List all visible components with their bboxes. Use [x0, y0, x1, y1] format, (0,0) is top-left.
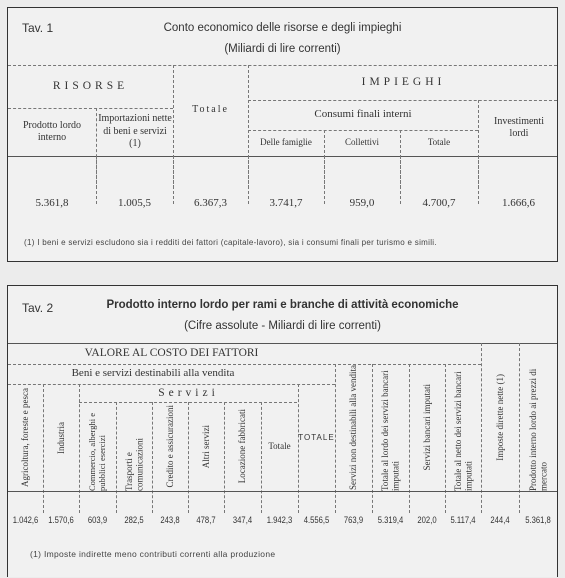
table-2-subtitle: (Cifre assolute - Miliardi di lire corre…	[8, 320, 557, 332]
header-totale-consumi: Totale	[400, 130, 478, 156]
value-cell: 763,9	[338, 514, 369, 528]
header-impieghi: IMPIEGHI	[248, 65, 559, 100]
value-importazioni: 1.005,5	[96, 194, 173, 214]
value-collettivi: 959,0	[324, 194, 400, 214]
value-totale: 6.367,3	[173, 194, 248, 214]
header-prodotto-lordo-interno: Prodotto lordo interno	[12, 108, 92, 156]
header-totale: Totale	[173, 65, 248, 156]
col-locazione-fabbricati: Locazione fabbricati	[224, 402, 261, 491]
header-risorse: RISORSE	[8, 65, 173, 108]
value-cell: 478,7	[191, 514, 222, 528]
value-cell: 5.319,4	[375, 514, 406, 528]
value-totale-consumi: 4.700,7	[400, 194, 478, 214]
col-servizi-non-destinabili: Servizi non destinabili alla vendita	[335, 364, 372, 491]
value-cell: 282,5	[119, 514, 150, 528]
table-2-title: Prodotto interno lordo per rami e branch…	[8, 299, 557, 311]
value-prodotto-lordo-interno: 5.361,8	[8, 194, 96, 214]
value-cell: 1.570,6	[46, 514, 77, 528]
header-investimenti-lordi: Investimenti lordi	[484, 100, 554, 156]
header-servizi: Servizi	[79, 384, 298, 402]
col-industria: Industria	[43, 384, 79, 491]
col-altri-servizi: Altri servizi	[188, 402, 224, 491]
header-consumi-finali-interni: Consumi finali interni	[248, 100, 478, 130]
value-cell: 4.556,5	[301, 514, 332, 528]
table-2-footnote: (1) Imposte indirette meno contributi co…	[30, 549, 275, 559]
value-cell: 243,8	[155, 514, 186, 528]
value-cell: 202,0	[412, 514, 443, 528]
value-investimenti-lordi: 1.666,6	[478, 194, 559, 214]
col-totale-lordo: Totale al lordo dei servizi bancari impu…	[372, 364, 409, 491]
col-servizi-bancari: Servizi bancari imputati	[409, 364, 445, 491]
header-delle-famiglie: Delle famiglie	[248, 130, 324, 156]
header-valore-costo-fattori: VALORE AL COSTO DEI FATTORI	[8, 343, 335, 364]
header-beni-servizi-destinabili: Beni e servizi destinabili alla vendita	[8, 364, 298, 384]
value-cell: 1.942,3	[264, 514, 295, 528]
col-pil-prezzi-mercato: Prodotto interno lordo ai prezzi di merc…	[519, 343, 557, 491]
value-cell: 1.042,6	[11, 514, 41, 528]
col-totale: TOTALE	[298, 384, 335, 491]
col-totale-netto: Totale al netto dei servizi bancari impu…	[445, 364, 481, 491]
table-1-title: Conto economico delle risorse e degli im…	[8, 22, 557, 34]
value-cell: 5.117,4	[448, 514, 479, 528]
table-2-panel: Tav. 2 Prodotto interno lordo per rami e…	[7, 285, 558, 577]
table-1-footnote: (1) I beni e servizi escludono sia i red…	[24, 238, 437, 247]
value-cell: 603,9	[82, 514, 113, 528]
col-credito: Credito e assicurazioni	[152, 402, 188, 491]
value-cell: 347,4	[227, 514, 258, 528]
table-1-panel: Tav. 1 Conto economico delle risorse e d…	[7, 7, 558, 262]
col-commercio: Commercio, alberghi e pubblici esercizi	[79, 402, 116, 491]
col-agricoltura: Agricoltura, foreste e pesca	[8, 384, 43, 491]
col-trasporti: Trasporti e comunicazioni	[116, 402, 152, 491]
table-1-subtitle: (Miliardi di lire correnti)	[8, 43, 557, 55]
value-cell: 5.361,8	[522, 514, 554, 528]
header-collettivi: Collettivi	[324, 130, 400, 156]
header-importazioni: Importazioni nette di beni e servizi (1)	[98, 108, 172, 156]
col-totale-servizi: Totale	[261, 402, 298, 491]
value-cell: 244,4	[484, 514, 516, 528]
value-delle-famiglie: 3.741,7	[248, 194, 324, 214]
col-imposte: Imposte dirette nette (1)	[481, 343, 519, 491]
